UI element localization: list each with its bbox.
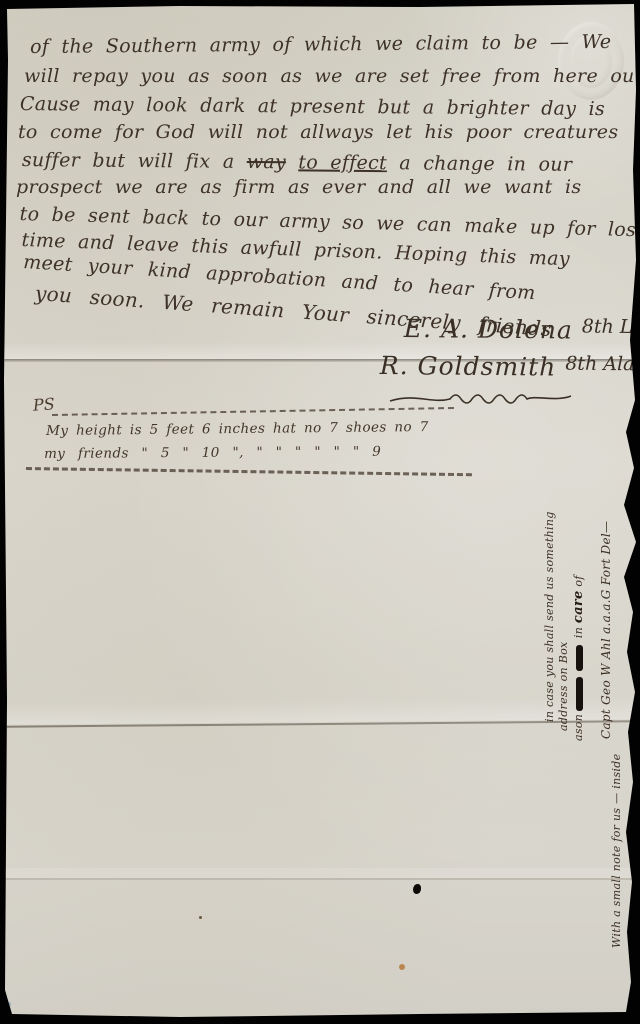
signature-flourish	[388, 390, 573, 406]
pen-dash-row	[52, 407, 454, 416]
letter-line: will repay you as soon as we are set fre…	[24, 65, 640, 87]
ink-blot	[413, 884, 421, 894]
margin-note: Capt Geo W Ahl a.a.a.G Fort Del—	[599, 521, 613, 739]
margin-note-emphasis: care	[571, 590, 586, 623]
signature-block: R. Goldsmith 8th Ala	[380, 351, 635, 382]
signature-block: E. A. Dolena 8th La	[404, 314, 640, 345]
margin-note-segment: ason	[572, 714, 585, 741]
signature-unit: 8th Ala	[565, 353, 634, 376]
redaction-mark	[576, 645, 583, 671]
letter-line-segment	[286, 151, 299, 173]
letter-line: Cause may look dark at present but a bri…	[20, 93, 605, 120]
scanned-letter-page: of the Southern army of which we claim t…	[0, 0, 640, 1024]
signature-name: R. Goldsmith	[380, 351, 557, 382]
paper-speck	[199, 916, 202, 919]
fold-crease	[0, 878, 640, 880]
margin-note-segment: of	[572, 575, 585, 590]
fold-highlight	[0, 868, 640, 878]
paper-speck	[7, 1002, 11, 1007]
postscript-line: My height is 5 feet 6 inches hat no 7 sh…	[46, 419, 429, 439]
margin-note: in case you shall send us something	[543, 511, 556, 722]
margin-note: With a small note for us — inside	[610, 754, 623, 948]
pen-dash-row	[26, 467, 472, 476]
rust-spot	[399, 964, 405, 970]
letter-line: suffer but will fix a way to effect a ch…	[22, 149, 572, 176]
letter-line-segment: a change in our	[387, 152, 572, 176]
margin-note: address on Box	[557, 641, 570, 731]
margin-note: ason in care of	[571, 575, 586, 741]
margin-note-segment: in	[572, 623, 585, 642]
signature-unit: 8th La	[582, 316, 640, 339]
letter-line-segment: suffer but will fix a	[22, 149, 247, 173]
redaction-mark	[576, 677, 583, 711]
letter-line: to come for God will not allways let his…	[18, 121, 618, 143]
struck-word: way	[247, 151, 286, 173]
paper-sheet: of the Southern army of which we claim t…	[0, 0, 640, 1024]
postscript-line: my friends " 5 " 10 ", " " " " " " 9	[44, 444, 381, 462]
underlined-words: to effect	[298, 151, 387, 174]
postscript-label: PS	[32, 394, 55, 414]
letter-line: of the Southern army of which we claim t…	[30, 31, 611, 58]
signature-name: E. A. Dolena	[404, 314, 573, 344]
letter-line: prospect we are as firm as ever and all …	[16, 176, 581, 198]
